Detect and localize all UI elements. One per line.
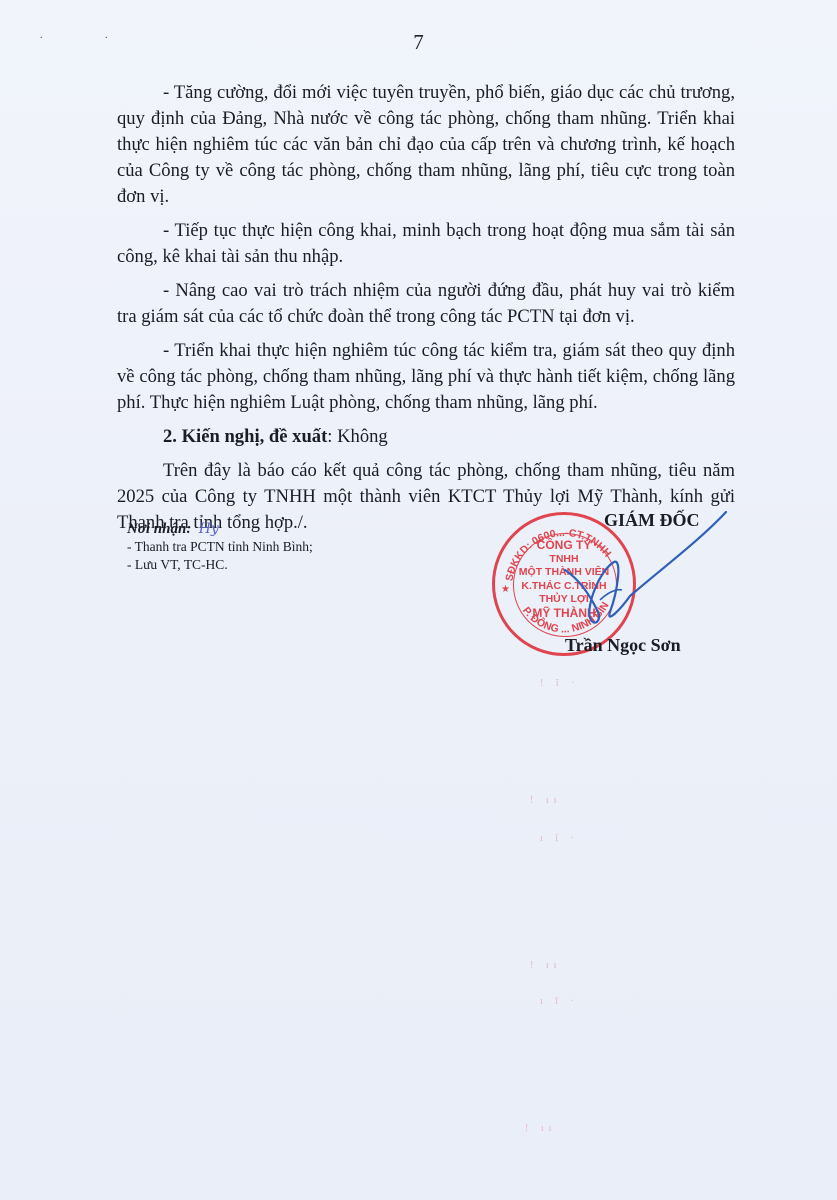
page-number: 7 [0,30,837,55]
handwritten-initials: Hy [199,521,219,537]
recipient-item: - Lưu VT, TC-HC. [127,556,313,574]
bleed-through-mark: ! ī · [540,678,579,689]
paragraph: - Triển khai thực hiện nghiêm túc công t… [117,338,735,416]
body-text: - Tăng cường, đổi mới việc tuyên truyền,… [117,80,735,544]
section-heading-label: 2. Kiến nghị, đề xuất [163,426,327,447]
paragraph: - Nâng cao vai trò trách nhiệm của người… [117,278,735,330]
section-heading: 2. Kiến nghị, đề xuất: Không [117,424,735,450]
bleed-through-mark: ! ıı [530,960,561,971]
bleed-through-mark: ı ī · [540,996,579,1007]
recipient-item: - Thanh tra PCTN tỉnh Ninh Bình; [127,538,313,556]
bleed-through-mark: ! ıı [530,795,561,806]
paragraph: - Tiếp tục thực hiện công khai, minh bạc… [117,218,735,270]
recipients-title: Nơi nhận: [127,521,191,537]
bleed-through-mark: ı ī · [540,833,579,844]
section-heading-value: : Không [327,426,387,447]
signature-block: SĐKKD: 0600...-CT.TNHH P. ĐÔNG ... NINH … [490,500,750,670]
bleed-through-mark: ! ıı [525,1123,556,1134]
document-page: . . 7 - Tăng cường, đổi mới việc tuyên t… [0,0,837,1200]
paragraph: - Tăng cường, đổi mới việc tuyên truyền,… [117,80,735,210]
recipients-block: Nơi nhận: Hy - Thanh tra PCTN tỉnh Ninh … [127,520,313,574]
signer-name: Trần Ngọc Sơn [565,635,681,656]
